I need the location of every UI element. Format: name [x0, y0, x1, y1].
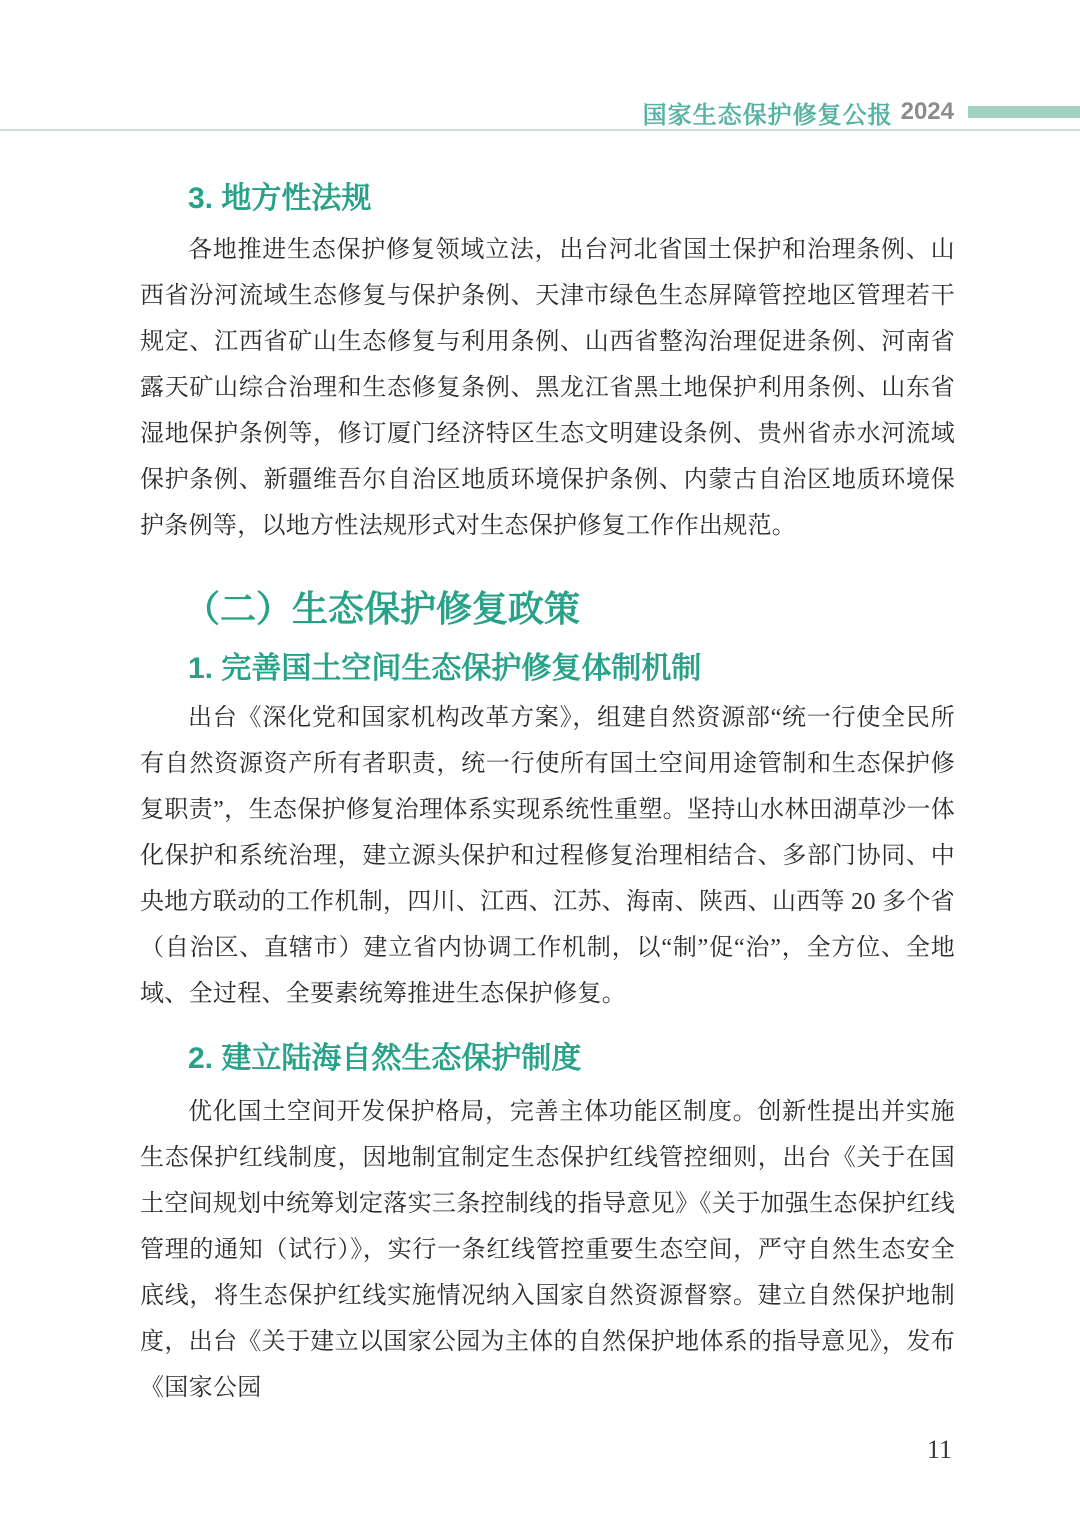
heading-sub1-institutional-mechanism: 1. 完善国土空间生态保护修复体制机制 — [140, 653, 955, 685]
document-content: 3. 地方性法规 各地推进生态保护修复领域立法，出台河北省国土保护和治理条例、山… — [140, 131, 955, 1411]
header-row: 国家生态保护修复公报 2024 — [0, 98, 1080, 126]
page-number: 11 — [927, 1435, 952, 1465]
report-year: 2024 — [901, 98, 954, 126]
heading-sub2-land-sea-protection: 2. 建立陆海自然生态保护制度 — [140, 1043, 955, 1075]
paragraph-sub1-institutional-mechanism: 出台《深化党和国家机构改革方案》，组建自然资源部“统一行使全民所有自然资源资产所… — [140, 695, 955, 1017]
paragraph-sub2-land-sea-protection: 优化国土空间开发保护格局，完善主体功能区制度。创新性提出并实施生态保护红线制度，… — [140, 1089, 955, 1411]
heading-section-two-policy: （二）生态保护修复政策 — [140, 587, 955, 631]
header-accent-bar — [968, 106, 1080, 118]
report-title: 国家生态保护修复公报 — [643, 95, 893, 130]
document-page: 国家生态保护修复公报 2024 3. 地方性法规 各地推进生态保护修复领域立法，… — [0, 0, 1080, 1527]
paragraph-local-regulations: 各地推进生态保护修复领域立法，出台河北省国土保护和治理条例、山西省汾河流域生态修… — [140, 227, 955, 549]
heading-local-regulations: 3. 地方性法规 — [140, 183, 955, 215]
page-header: 国家生态保护修复公报 2024 — [0, 98, 1080, 131]
